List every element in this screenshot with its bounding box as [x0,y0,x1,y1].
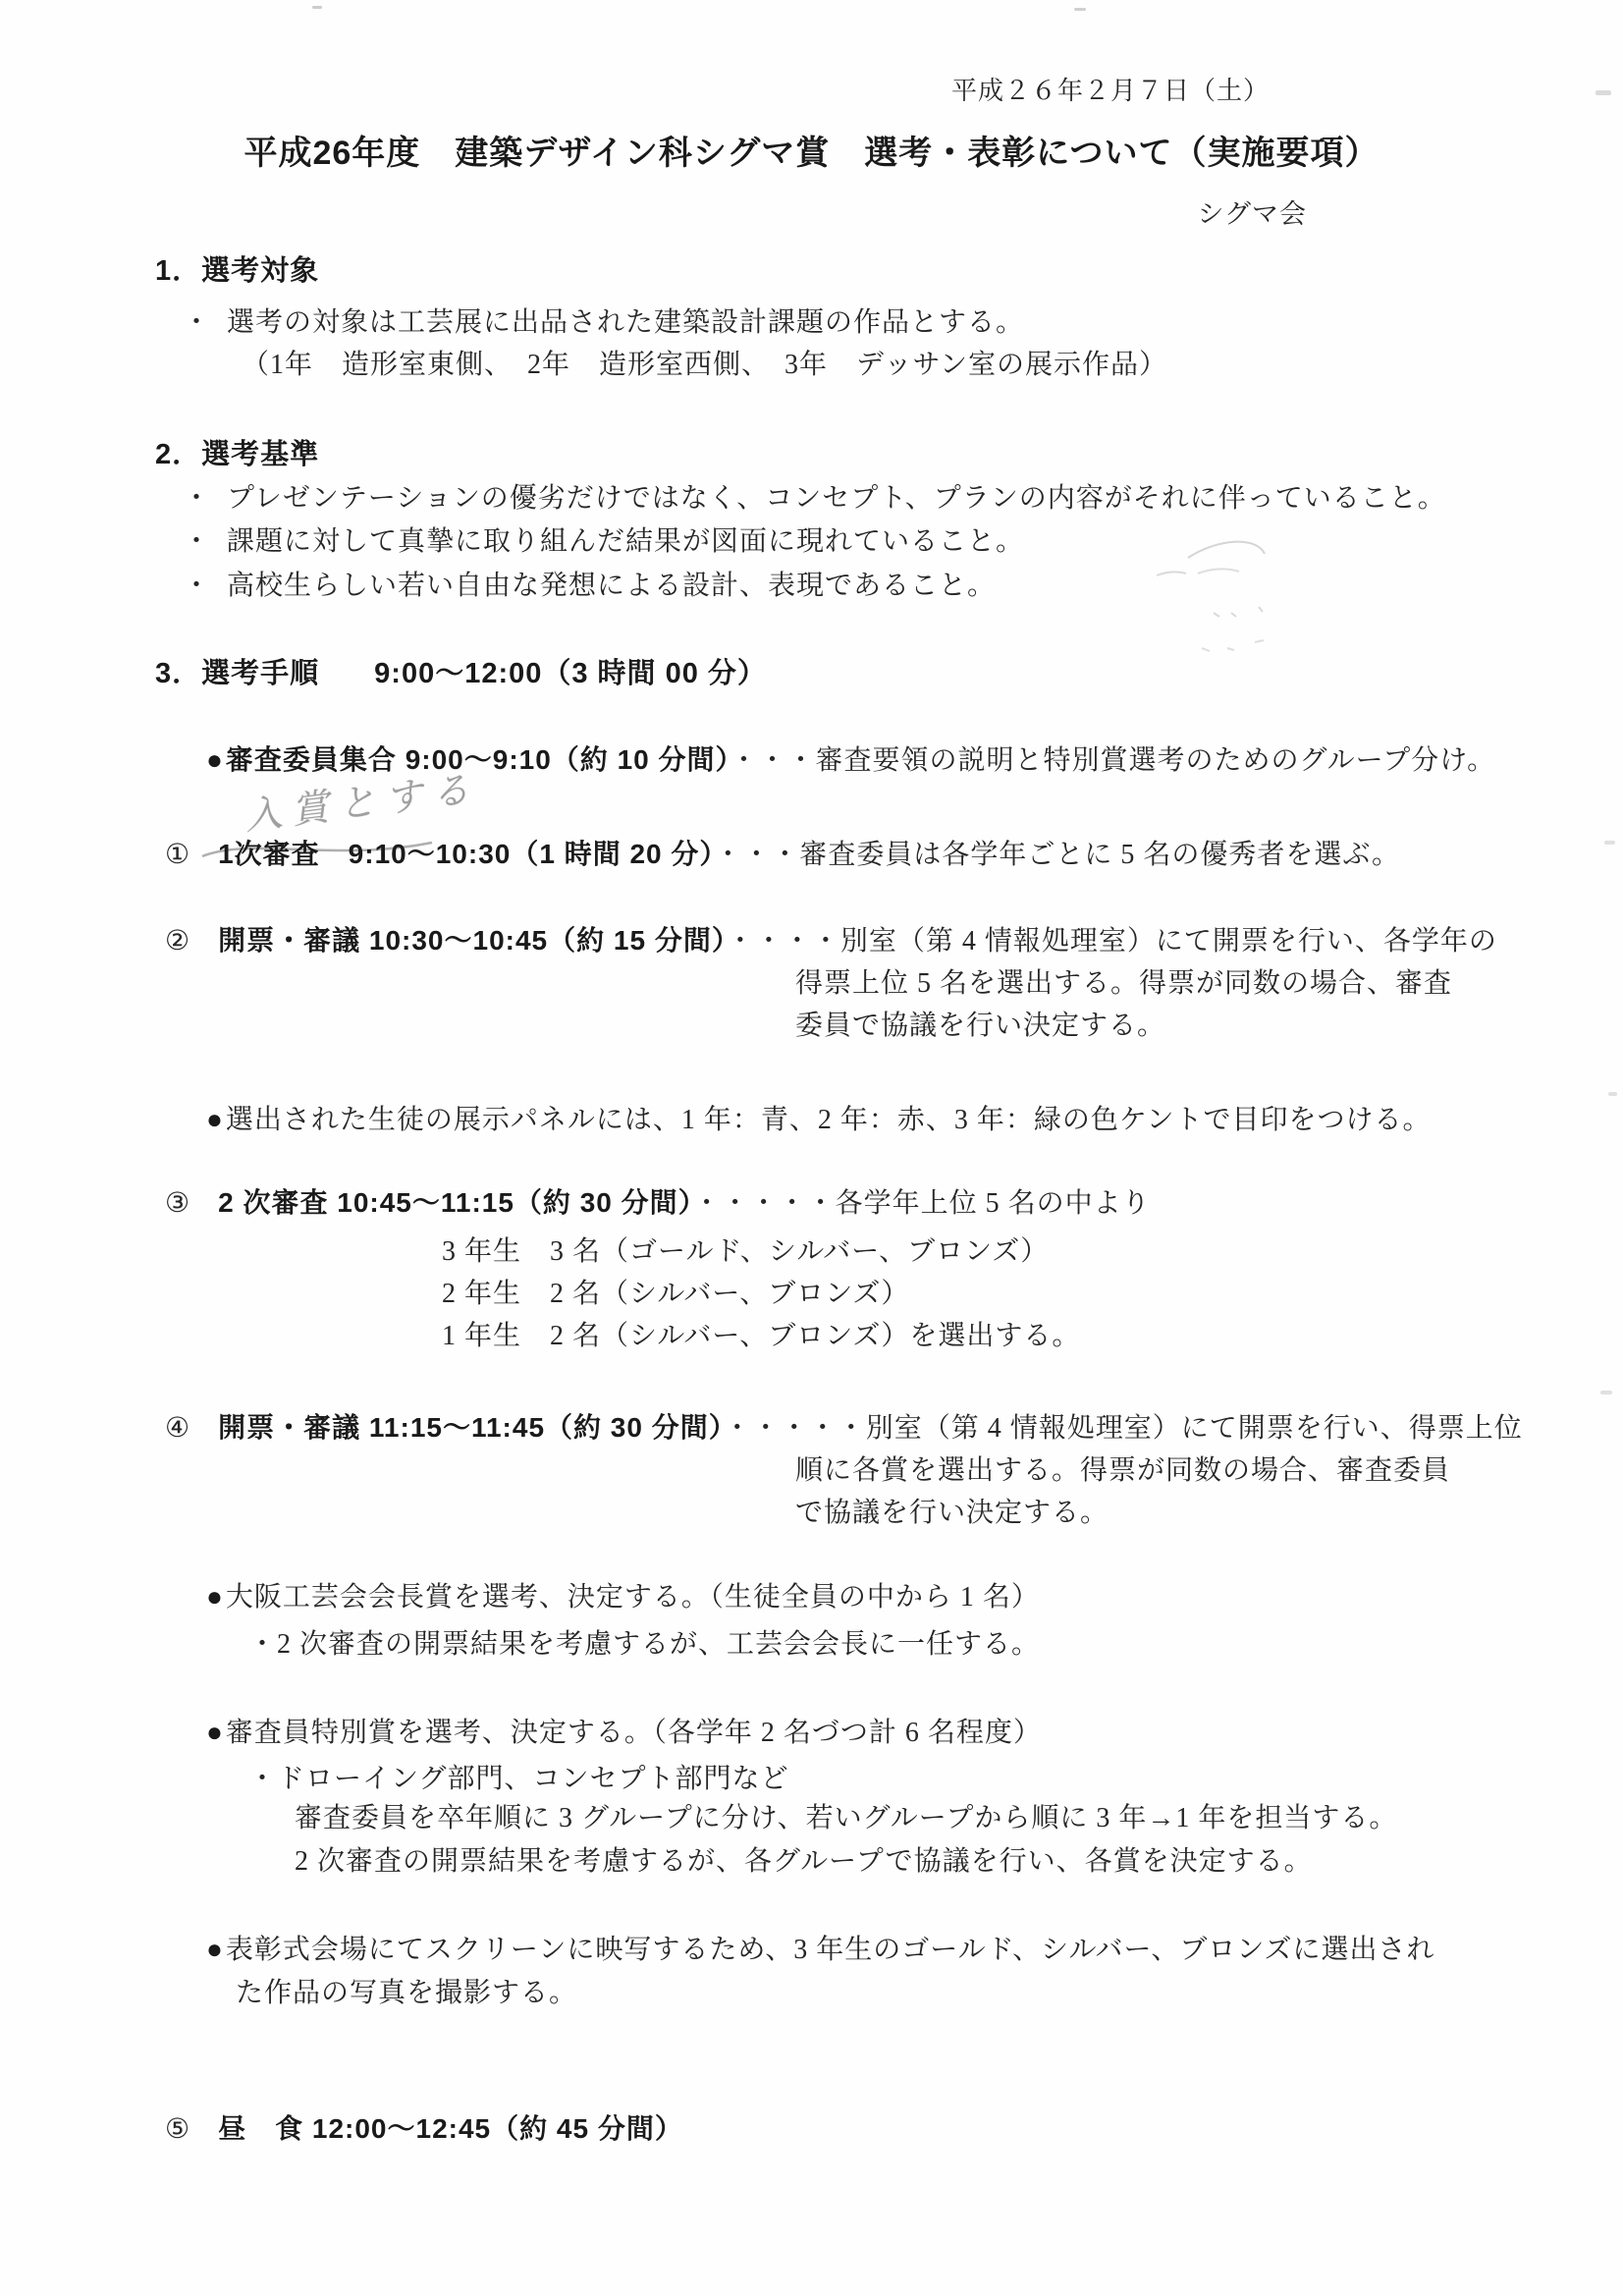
panel-marking-note: ●選出された生徒の展示パネルには、1 年：青、2 年：赤、3 年：緑の色ケントで… [206,1098,1432,1137]
black-circle-bullet-icon: ● [206,1581,224,1612]
scan-speck [1596,90,1611,95]
step5: ⑤昼 食 12:00～12:45（約 45 分間） [165,2107,683,2147]
step2-continuation-2: 委員で協議を行い決定する。 [795,1004,1165,1043]
scan-speck [1604,841,1615,845]
step4-continuation-1: 順に各賞を選出する。得票が同数の場合、審査委員 [795,1449,1450,1488]
circled-5-icon: ⑤ [165,2114,190,2145]
section1-heading: 1．選考対象 [155,248,319,289]
black-circle-bullet-icon: ● [206,1934,224,1964]
step4: ④開票・審議 11:15～11:45（約 30 分間）・・・・・別室（第 4 情… [165,1406,1523,1446]
bullet-dot-icon: ・ [183,526,211,557]
step3: ③2 次審査 10:45～11:15（約 30 分間）・・・・・各学年上位 5 … [165,1181,1151,1221]
section3-number: 3． [155,658,201,689]
document-title: 平成26年度 建築デザイン科シグマ賞 選考・表彰について（実施要項） [243,126,1379,174]
scan-speck [312,6,322,9]
section1-bullet1: ・選考の対象は工芸展に出品された建築設計課題の作品とする。 [183,301,1024,340]
section2-bullet3: ・高校生らしい若い自由な発想による設計、表現であること。 [183,564,996,603]
section2-heading: 2．選考基準 [155,432,319,472]
black-circle-bullet-icon: ● [206,1104,224,1134]
scanned-document-page: 平成２６年２月７日（土） 平成26年度 建築デザイン科シグマ賞 選考・表彰につい… [0,0,1623,2296]
pencil-smudge [1129,511,1384,668]
step3-grade1-line: 1 年生 2 名（シルバー、ブロンズ）を選出する。 [442,1314,1080,1353]
photo-note-line2: た作品の写真を撮影する。 [236,1971,577,2010]
bullet-dot-icon: ・ [183,483,211,514]
special-award-sub2: 審査委員を卒年順に 3 グループに分け、若いグループから順に 3 年→1 年を担… [295,1796,1397,1835]
black-circle-bullet-icon: ● [206,1717,224,1747]
circled-2-icon: ② [165,926,190,957]
chairman-award-sub: ・2 次審査の開票結果を考慮するが、工芸会会長に一任する。 [248,1622,1040,1662]
circled-3-icon: ③ [165,1188,190,1219]
section3-time: 9:00～12:00（3 時間 00 分） [374,658,767,689]
scan-speck [1600,1391,1612,1394]
circled-4-icon: ④ [165,1413,190,1444]
section1-number: 1． [155,255,201,287]
section2-bullet2: ・課題に対して真摯に取り組んだ結果が図面に現れていること。 [183,519,1024,559]
circled-1-icon: ① [165,840,190,870]
bullet-dot-icon: ・ [183,571,211,601]
org-name: シグマ会 [1198,192,1307,231]
document-date: 平成２６年２月７日（土） [951,71,1270,107]
section3-heading: 3．選考手順9:00～12:00（3 時間 00 分） [155,651,767,691]
step2: ②開票・審議 10:30～10:45（約 15 分間）・・・・別室（第 4 情報… [165,919,1497,958]
section2-number: 2． [155,439,201,470]
scan-speck [1074,8,1086,11]
special-award-sub3: 2 次審査の開票結果を考慮するが、各グループで協議を行い、各賞を決定する。 [295,1839,1313,1879]
black-circle-bullet-icon: ● [206,744,224,775]
step3-grade2-line: 2 年生 2 名（シルバー、ブロンズ） [442,1272,909,1311]
section2-bullet1: ・プレゼンテーションの優劣だけではなく、コンセプト、プランの内容がそれに伴ってい… [183,476,1446,516]
photo-note: ●表彰式会場にてスクリーンに映写するため、3 年生のゴールド、シルバー、ブロンズ… [206,1928,1435,1967]
special-award-note: ●審査員特別賞を選考、決定する。（各学年 2 名づつ計 6 名程度） [206,1711,1042,1750]
step1: ①1次審査 9:10～10:30（1 時間 20 分）・・・審査委員は各学年ごと… [165,833,1400,872]
scan-speck [1608,1092,1617,1096]
step3-grade3-line: 3 年生 3 名（ゴールド、シルバー、ブロンズ） [442,1230,1049,1269]
step4-continuation-2: で協議を行い決定する。 [795,1491,1109,1530]
chairman-award-note: ●大阪工芸会会長賞を選考、決定する。（生徒全員の中から 1 名） [206,1575,1040,1614]
special-award-sub1: ・ドローイング部門、コンセプト部門など [248,1757,788,1796]
step2-continuation-1: 得票上位 5 名を選出する。得票が同数の場合、審査 [795,961,1452,1001]
bullet-dot-icon: ・ [183,307,211,338]
section1-bullet1-sub: （1年 造形室東側、 2年 造形室西側、 3年 デッサン室の展示作品） [242,343,1167,382]
